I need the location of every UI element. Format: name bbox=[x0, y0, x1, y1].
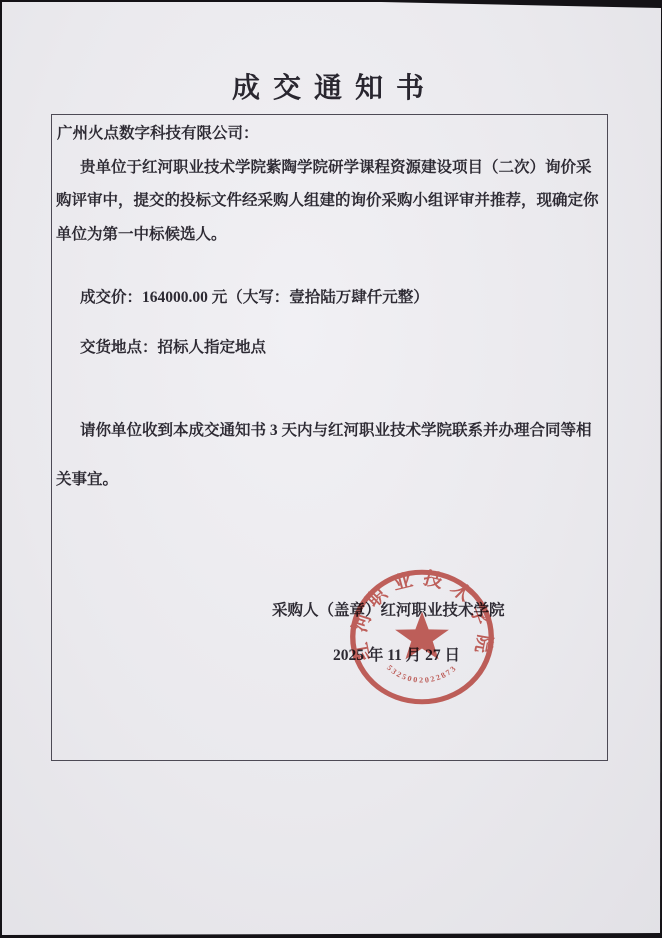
official-seal: 红河职业技术学院 5325002022873 bbox=[344, 564, 500, 710]
document-page: 成 交 通 知 书 广州火点数字科技有限公司： 贵单位于红河职业技术学院紫陶学院… bbox=[0, 0, 662, 938]
notice-paragraph-line-2: 关事宜。 bbox=[56, 470, 118, 490]
document-title: 成 交 通 知 书 bbox=[51, 66, 608, 106]
seal-star-icon bbox=[395, 611, 449, 659]
notice-paragraph-line-1: 请你单位收到本成交通知书 3 天内与红河职业技术学院联系并办理合同等相 bbox=[80, 421, 592, 441]
photo-background: 成 交 通 知 书 广州火点数字科技有限公司： 贵单位于红河职业技术学院紫陶学院… bbox=[0, 0, 662, 938]
body-paragraph-line-1: 贵单位于红河职业技术学院紫陶学院研学课程资源建设项目（二次）询价采 bbox=[80, 158, 592, 178]
content-border-box: 广州火点数字科技有限公司： 贵单位于红河职业技术学院紫陶学院研学课程资源建设项目… bbox=[51, 114, 608, 761]
recipient-line: 广州火点数字科技有限公司： bbox=[57, 124, 259, 144]
seal-serial-text: 5325002022873 bbox=[385, 663, 459, 684]
body-paragraph-line-2: 购评审中，提交的投标文件经采购人组建的询价采购小组评审并推荐，现确定你 bbox=[56, 191, 599, 211]
delivery-location-line: 交货地点：招标人指定地点 bbox=[80, 338, 266, 358]
body-paragraph-line-3: 单位为第一中标候选人。 bbox=[56, 225, 227, 245]
price-line: 成交价：164000.00 元（大写：壹拾陆万肆仟元整） bbox=[80, 288, 429, 308]
